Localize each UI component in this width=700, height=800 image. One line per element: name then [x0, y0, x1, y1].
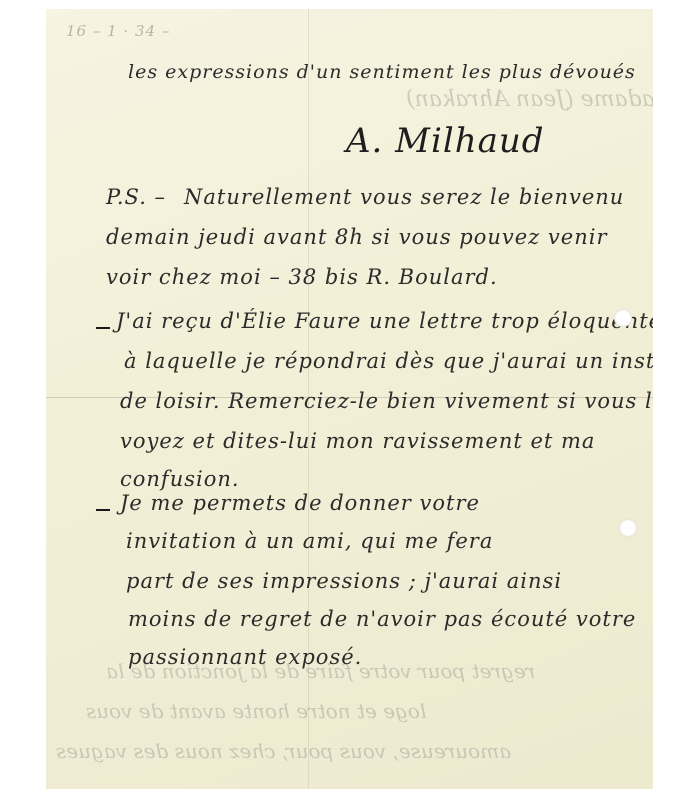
closing-line: les expressions d'un sentiment les plus … — [128, 61, 636, 83]
paragraph-line: de loisir. Remerciez-le bien vivement si… — [120, 389, 653, 413]
paragraph-line: voyez et dites-lui mon ravissement et ma — [120, 429, 595, 453]
postscript-label: P.S. – — [106, 185, 166, 209]
bleed-through-text: amoureuse, vous pour, chez nous des vagu… — [56, 739, 511, 763]
pencil-date: 16 – 1 · 34 – — [66, 22, 170, 40]
paragraph-line: passionnant exposé. — [128, 645, 362, 669]
bullet-dash — [96, 509, 110, 511]
paragraph-line: J'ai reçu d'Élie Faure une lettre trop é… — [116, 309, 653, 333]
paragraph-line: Je me permets de donner votre — [120, 491, 480, 515]
hole-punch — [614, 309, 632, 327]
signature: A. Milhaud — [346, 121, 545, 161]
paragraph-line: confusion. — [120, 467, 240, 491]
paragraph-line: à laquelle je répondrai dès que j'aurai … — [124, 349, 653, 373]
postscript-line: Naturellement vous serez le bienvenu — [184, 185, 624, 209]
paragraph-line: invitation à un ami, qui me fera — [126, 529, 493, 553]
paragraph-line: moins de regret de n'avoir pas écouté vo… — [128, 607, 636, 631]
postscript-line: voir chez moi – 38 bis R. Boulard. — [106, 265, 498, 289]
bullet-dash — [96, 327, 110, 329]
hole-punch — [619, 519, 637, 537]
postscript-line: demain jeudi avant 8h si vous pouvez ven… — [106, 225, 608, 249]
bleed-through-text: Chère Madame (Jean Ahrakan) — [406, 87, 653, 112]
paragraph-line: part de ses impressions ; j'aurai ainsi — [126, 569, 562, 593]
bleed-through-text: loge et notre honte avant de vous — [86, 699, 426, 723]
letter-page: Chère Madame (Jean Ahrakan) regret pour … — [46, 9, 653, 789]
